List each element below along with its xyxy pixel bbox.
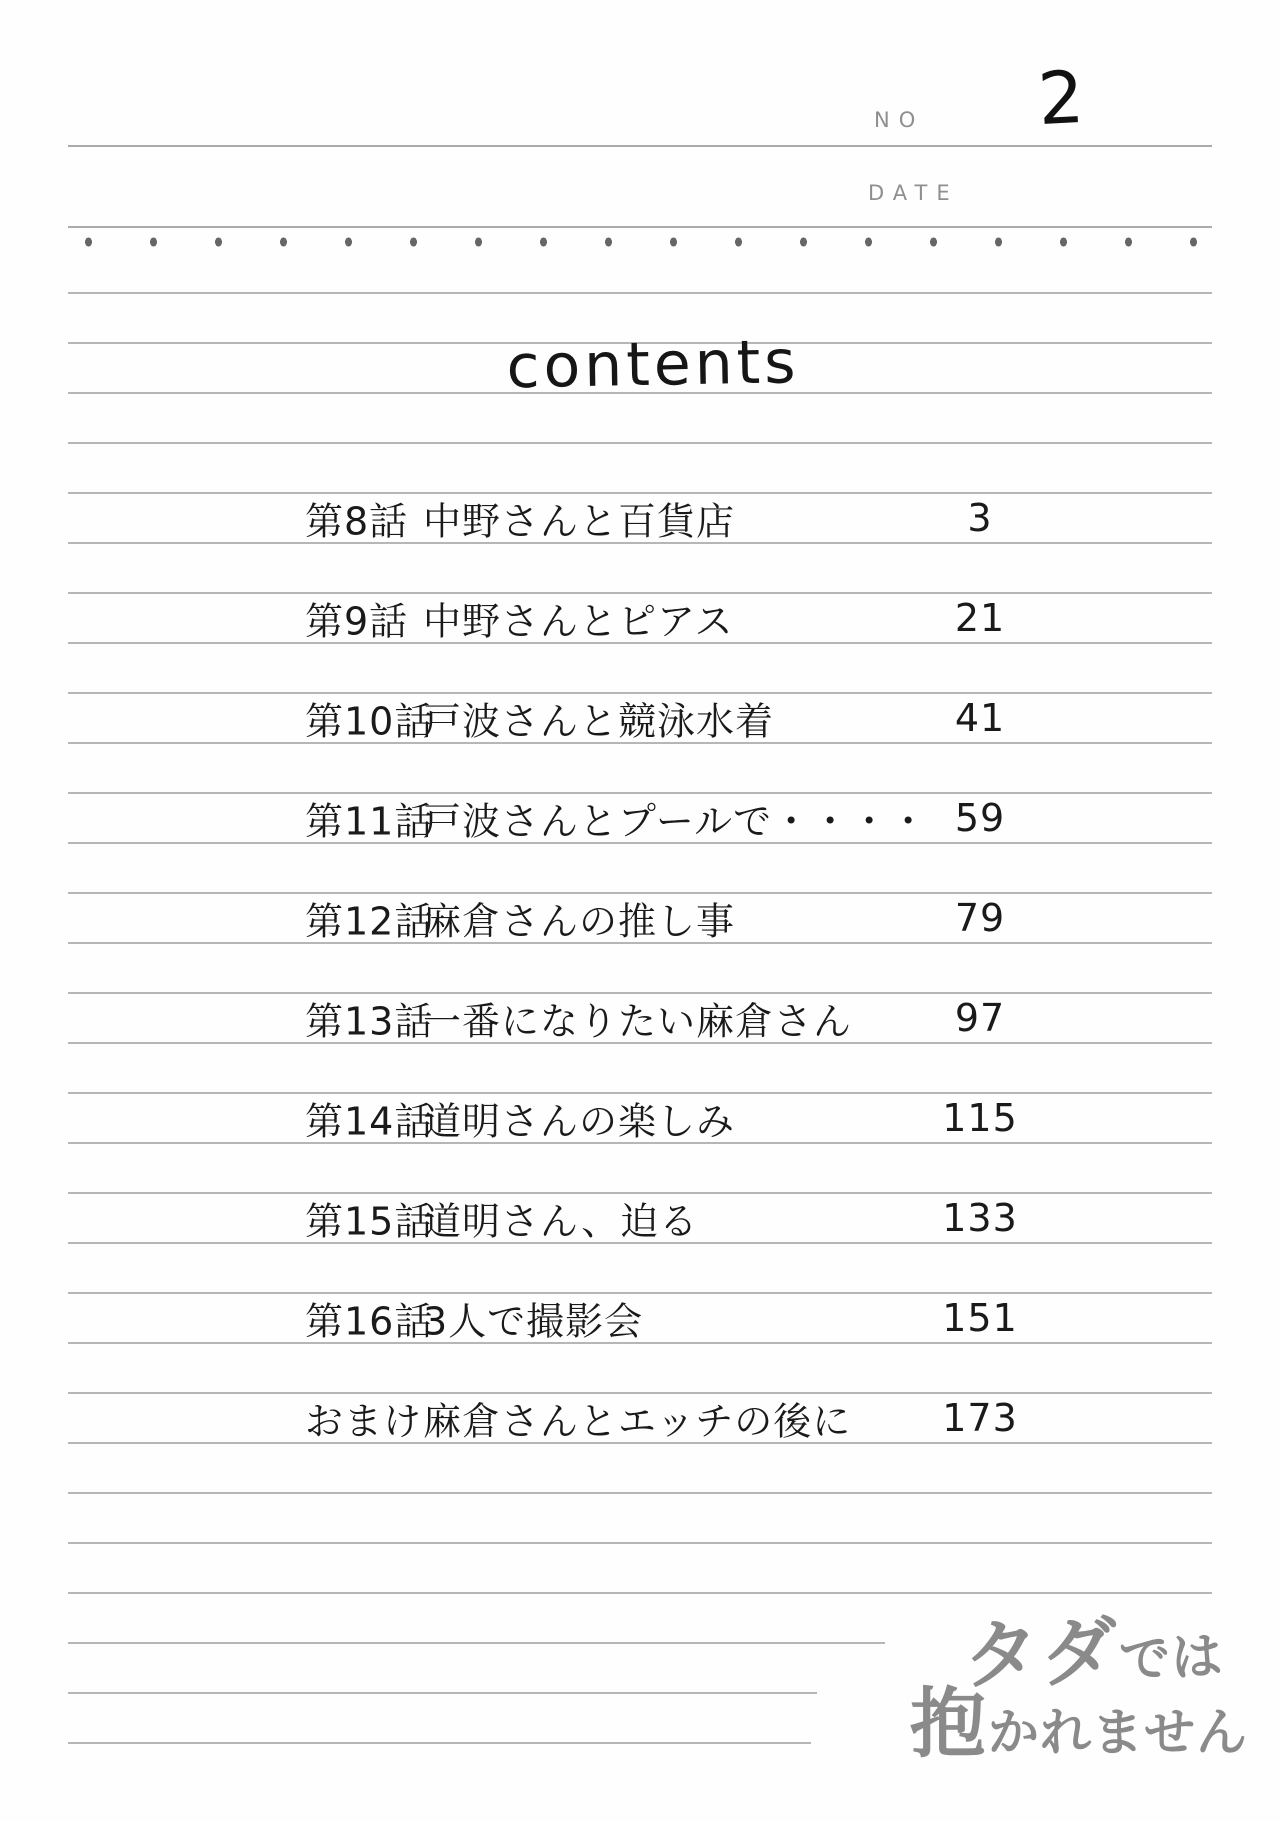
ruled-line-short — [68, 1642, 885, 1644]
chapter-title: 麻倉さんの推し事 — [423, 891, 735, 946]
no-rule-line — [68, 145, 1212, 147]
chapter-label: 第16話 — [305, 1291, 433, 1346]
chapter-page-number: 3 — [925, 496, 1035, 540]
chapter-label: 第10話 — [305, 691, 433, 746]
chapter-title: 道明さんの楽しみ — [423, 1091, 735, 1146]
chapter-title: 3人で撮影会 — [423, 1291, 643, 1346]
toc-entry: 第14話 道明さんの楽しみ 115 — [68, 1068, 1212, 1168]
chapter-title: 中野さんと百貨店 — [423, 491, 735, 546]
toc-entry: 第15話 道明さん、迫る 133 — [68, 1168, 1212, 1268]
chapter-page-number: 79 — [925, 896, 1035, 940]
ruled-line-short — [68, 1692, 817, 1694]
chapter-label: 第9話 — [305, 591, 408, 646]
series-logo-text: では — [1118, 1627, 1224, 1690]
chapter-page-number: 97 — [925, 996, 1035, 1040]
chapter-title: 中野さんとピアス — [423, 591, 733, 646]
date-label: DATE — [868, 181, 959, 205]
toc-entry: 第16話 3人で撮影会 151 — [68, 1268, 1212, 1368]
toc-entry: 第12話 麻倉さんの推し事 79 — [68, 868, 1212, 968]
series-logo-text: 抱 — [910, 1679, 988, 1768]
date-rule-line — [68, 226, 1212, 228]
chapter-label: 第12話 — [305, 891, 433, 946]
series-logo-text: かれません — [988, 1704, 1248, 1763]
chapter-title: 一番になりたい麻倉さん — [423, 991, 852, 1046]
toc-entry: 第10話 戸波さんと競泳水着 41 — [68, 668, 1212, 768]
chapter-label: 第13話 — [305, 991, 433, 1046]
chapter-title: 道明さん、迫る — [423, 1191, 698, 1246]
toc-entry: 第8話 中野さんと百貨店 3 — [68, 468, 1212, 568]
chapter-title: 戸波さんとプールで・・・・ — [423, 791, 928, 846]
chapter-title: 麻倉さんとエッチの後に — [423, 1391, 851, 1446]
toc-entry: 第11話 戸波さんとプールで・・・・ 59 — [68, 768, 1212, 868]
chapter-label: 第11話 — [305, 791, 433, 846]
chapter-page-number: 173 — [925, 1396, 1035, 1440]
chapter-label: 第15話 — [305, 1191, 433, 1246]
no-label: NO — [874, 108, 924, 132]
chapter-page-number: 41 — [925, 696, 1035, 740]
chapter-label: 第14話 — [305, 1091, 433, 1146]
series-logo-line2: 抱かれません — [910, 1686, 1248, 1762]
series-logo-line1: タダでは — [962, 1609, 1225, 1694]
chapter-page-number: 21 — [925, 596, 1035, 640]
toc-entry: おまけ 麻倉さんとエッチの後に 173 — [68, 1368, 1212, 1468]
chapter-page-number: 59 — [925, 796, 1035, 840]
toc-list: 第8話 中野さんと百貨店 3 第9話 中野さんとピアス 21 第10話 戸波さん… — [68, 468, 1212, 1468]
chapter-label: おまけ — [305, 1391, 422, 1446]
chapter-label: 第8話 — [305, 491, 408, 546]
notebook-toc-page: NO DATE 2 contents 第8話 中野さんと百貨店 3 第9話 中野… — [0, 0, 1280, 1821]
chapter-page-number: 133 — [925, 1196, 1035, 1240]
chapter-page-number: 151 — [925, 1296, 1035, 1340]
ruled-line-short — [68, 1742, 811, 1744]
dotted-divider — [68, 234, 1212, 250]
handwritten-page-number: 2 — [1036, 61, 1086, 135]
toc-entry: 第13話 一番になりたい麻倉さん 97 — [68, 968, 1212, 1068]
toc-entry: 第9話 中野さんとピアス 21 — [68, 568, 1212, 668]
chapter-title: 戸波さんと競泳水着 — [423, 691, 774, 746]
chapter-page-number: 115 — [925, 1096, 1035, 1140]
